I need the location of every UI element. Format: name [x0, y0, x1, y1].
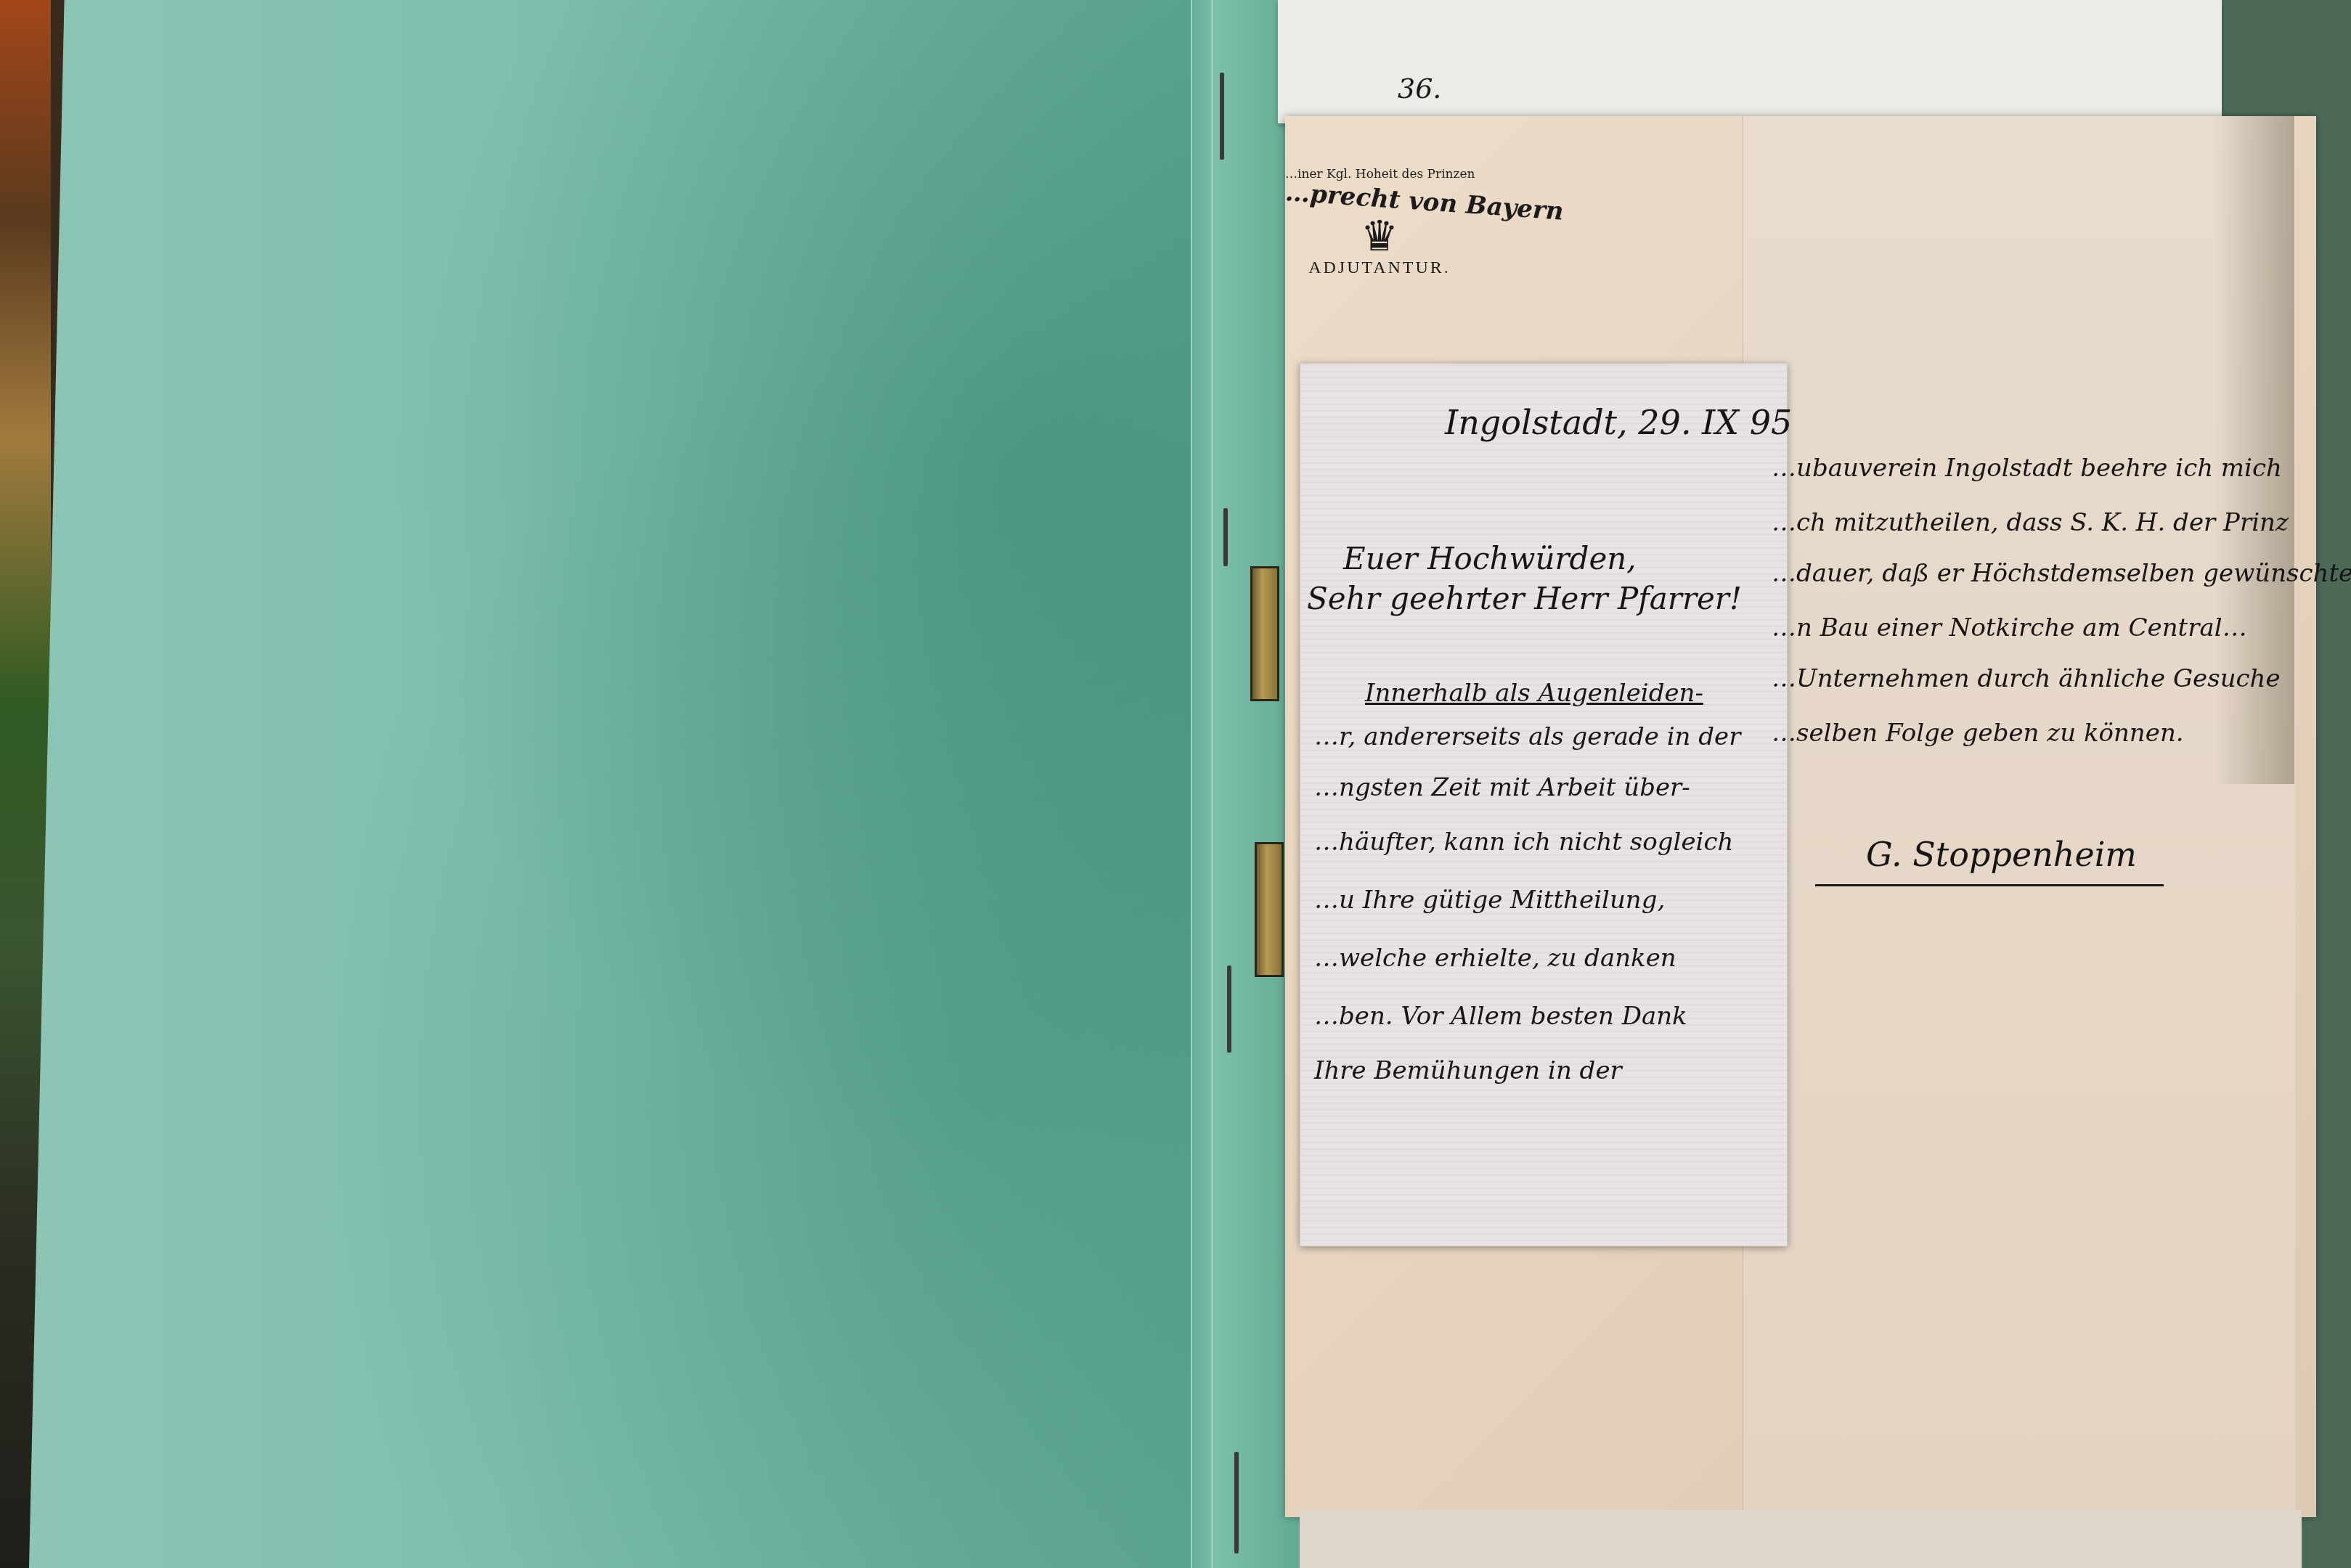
letter-line: …ch mitzutheilen, dass S. K. H. der Prin…	[1772, 508, 2289, 537]
letter-line: …Unternehmen durch ähnliche Gesuche	[1772, 664, 2281, 693]
letter-sheet-right-page	[1743, 116, 2295, 1510]
handwritten-card[interactable]	[1300, 363, 1788, 1246]
spine-crease	[1211, 0, 1213, 1568]
card-line: …ben. Vor Allem besten Dank	[1314, 1002, 1687, 1031]
signature-underline	[1815, 884, 2164, 886]
card-line: Ihre Bemühungen in der	[1314, 1056, 1622, 1085]
card-line: …häufter, kann ich nicht sogleich	[1314, 828, 1733, 857]
folio-number: 36.	[1398, 73, 1441, 105]
card-salutation: Euer Hochwürden,	[1343, 541, 1637, 576]
staple-bottom	[1234, 1452, 1239, 1553]
letter-line: …n Bau einer Notkirche am Central…	[1772, 613, 2247, 642]
letter-line: …ubauverein Ingolstadt beehre ich mich	[1772, 454, 2282, 483]
card-line: …welche erhielte, zu danken	[1314, 944, 1676, 973]
card-line: …r, andererseits als gerade in der	[1314, 722, 1740, 751]
letterhead: …iner Kgl. Hoheit des Prinzen …precht vo…	[1285, 167, 1474, 278]
brass-fastener-lower	[1255, 842, 1284, 977]
folder-front-cover[interactable]	[29, 0, 1205, 1568]
staple-middle	[1223, 508, 1228, 566]
signature: G. Stoppenheim	[1866, 835, 2137, 874]
letter-line: …dauer, daß er Höchstdemselben gewünscht…	[1772, 559, 2351, 588]
royal-crest-icon: ♛	[1285, 213, 1474, 258]
card-salutation-2: Sehr geehrter Herr Pfarrer!	[1307, 581, 1742, 616]
staple-lower	[1227, 965, 1231, 1053]
card-line: …ngsten Zeit mit Arbeit über-	[1314, 773, 1690, 802]
letterhead-office: ADJUTANTUR.	[1285, 258, 1474, 278]
letter-line: …selben Folge geben zu können.	[1772, 719, 2184, 748]
back-sheet-bottom	[1300, 1510, 2302, 1568]
card-line: …u Ihre gütige Mittheilung,	[1314, 886, 1665, 915]
back-sheet-top	[1278, 0, 2222, 123]
card-date: Ingolstadt, 29. IX 95	[1445, 403, 1792, 442]
staple-top	[1220, 73, 1224, 160]
card-line: Innerhalb als Augenleiden-	[1365, 679, 1703, 708]
brass-fastener-upper	[1250, 566, 1279, 701]
